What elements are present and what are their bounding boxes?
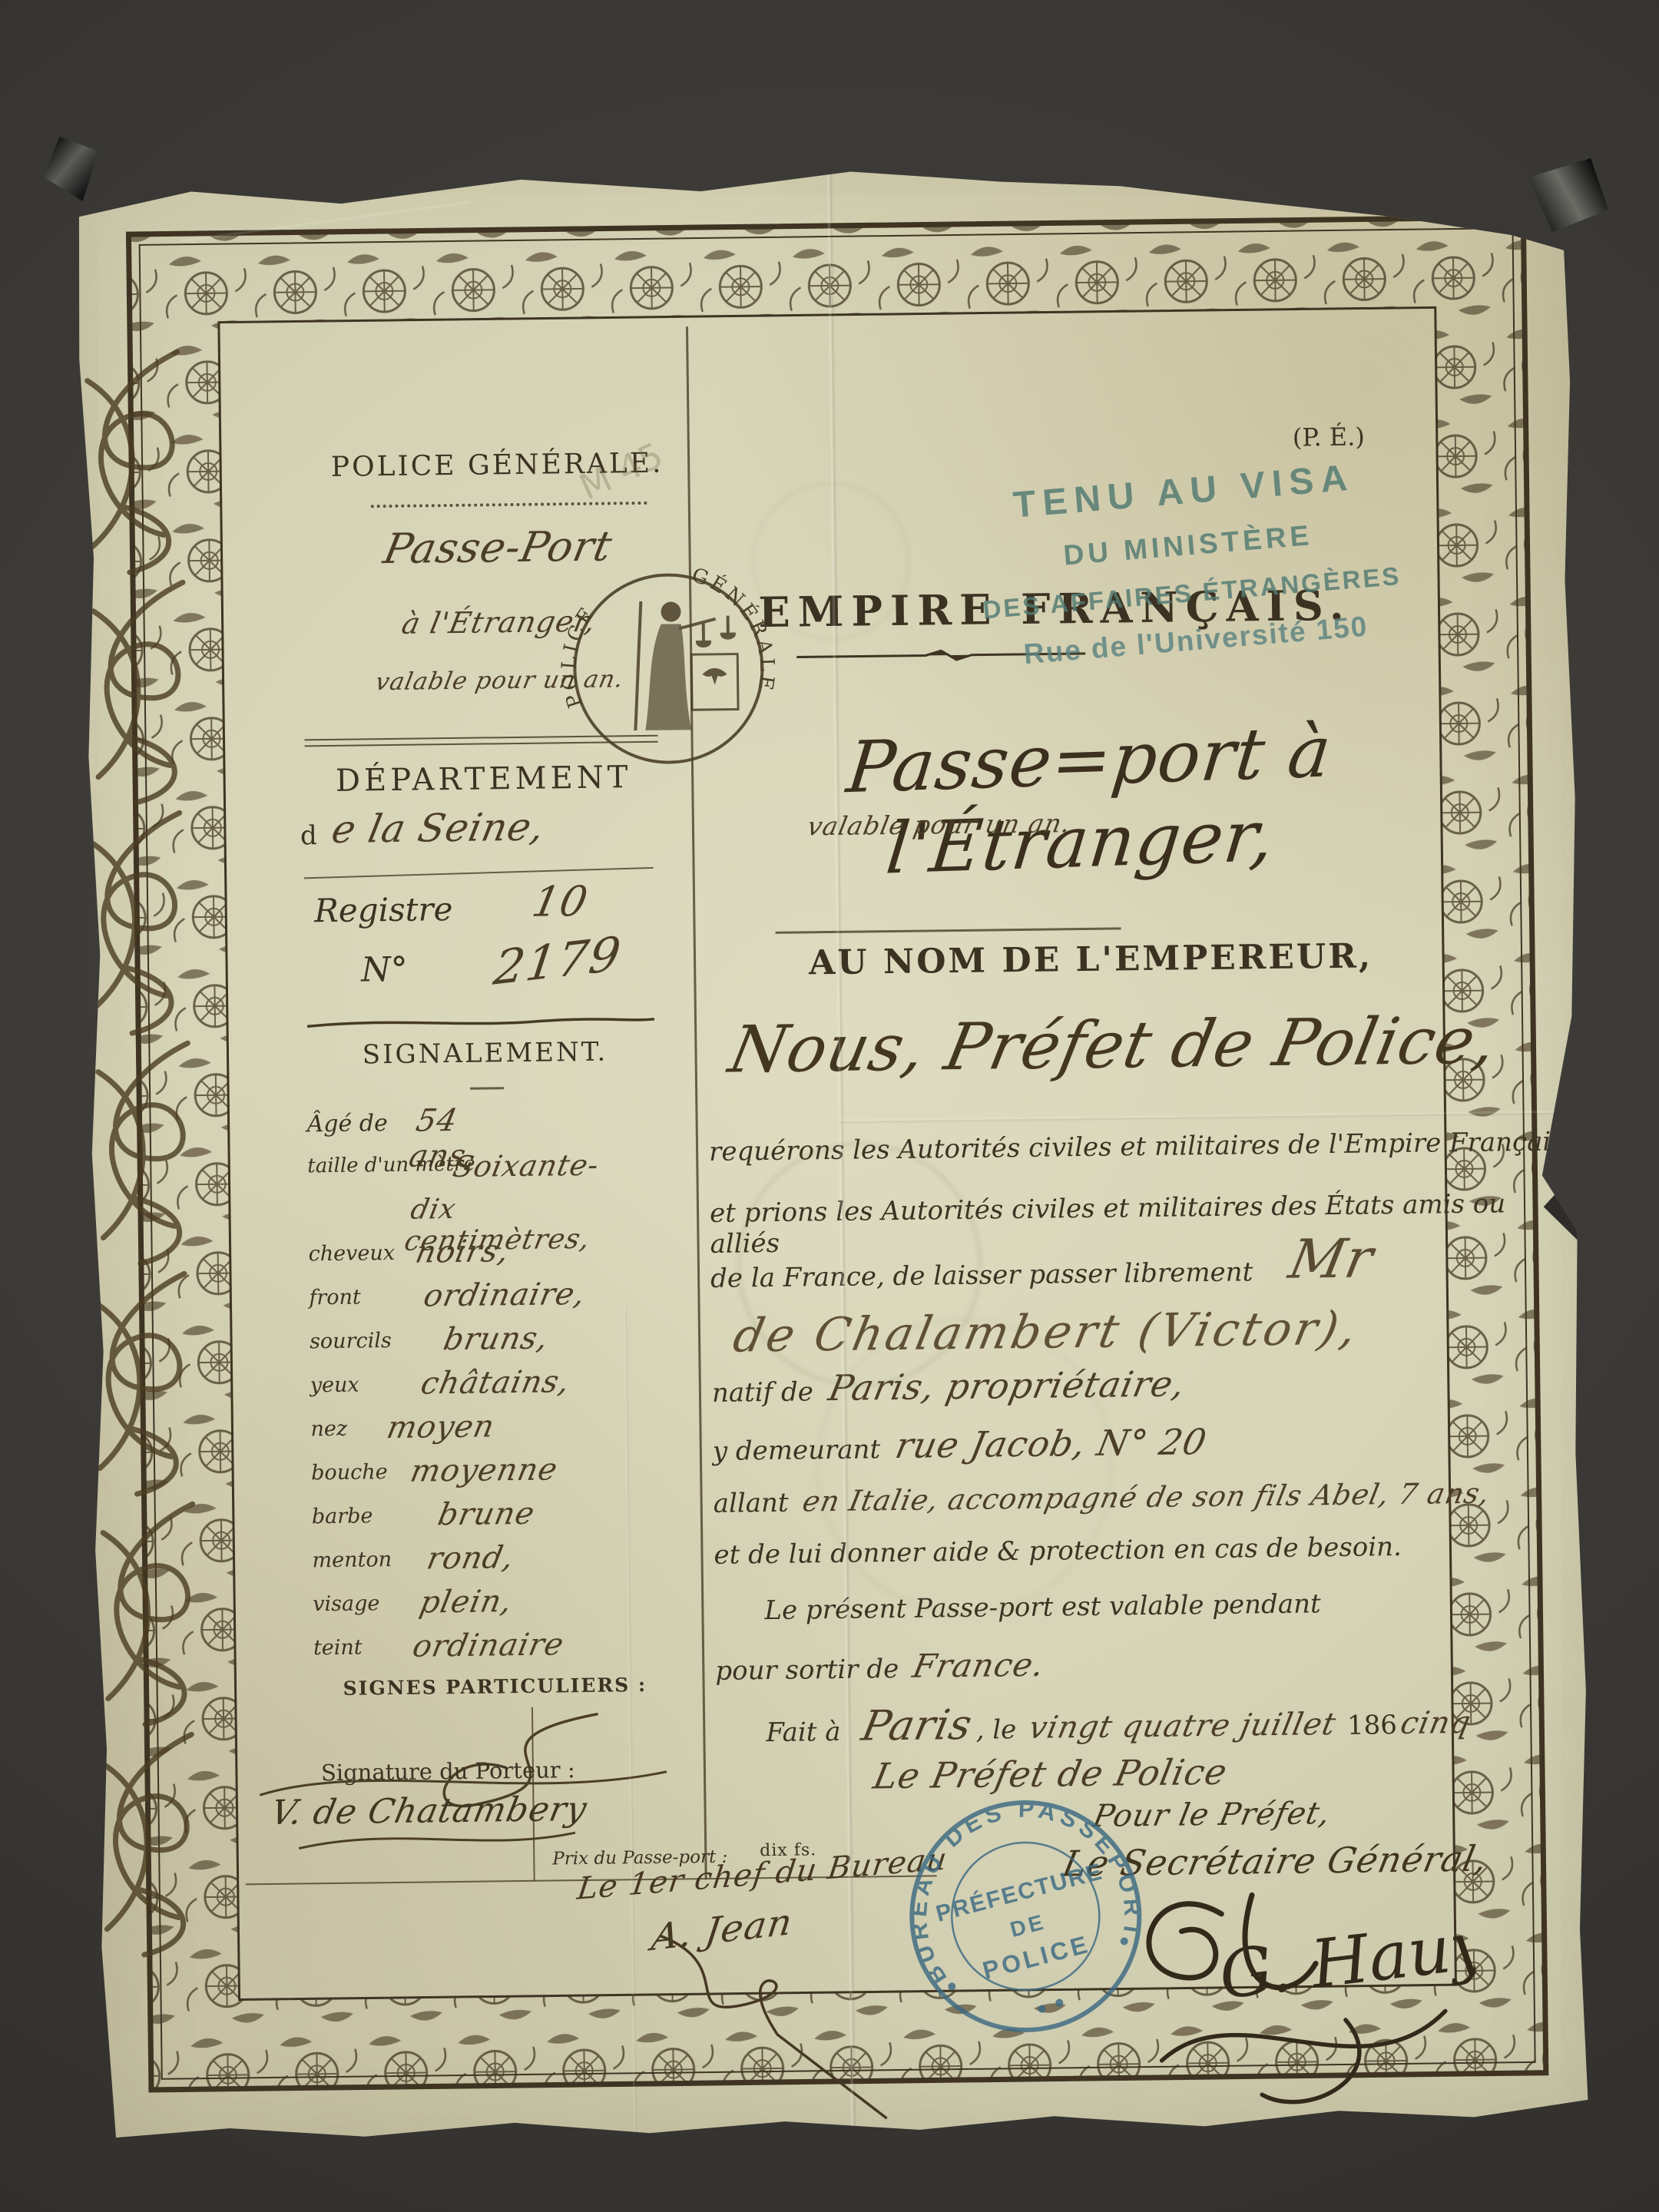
hand-sortir-value: France. xyxy=(909,1646,1048,1685)
nous-prefet-line: Nous, Préfet de Police, xyxy=(724,1002,1504,1087)
field-label: yeux xyxy=(310,1373,359,1398)
holder-name-hand: de Chalambert (Victor), xyxy=(729,1302,1364,1363)
printed-186: 186 xyxy=(1347,1710,1397,1741)
hand-annee: cinq xyxy=(1397,1705,1474,1741)
field-value: ordinaire, xyxy=(421,1277,589,1314)
stamp-center-line3: POLICE xyxy=(979,1930,1093,1985)
visa-stamp: TENU AU VISA DU MINISTÈRE DES AFFAIRES É… xyxy=(952,452,1427,675)
field-label: front xyxy=(309,1286,361,1310)
body-line-2: et prions les Autorités civiles et milit… xyxy=(710,1187,1584,1260)
field-value: bruns, xyxy=(440,1320,551,1357)
field-row: sourcilsbruns, xyxy=(310,1329,392,1353)
field-label: teint xyxy=(313,1636,363,1661)
metal-clip-left xyxy=(43,137,98,201)
field-value: ordinaire xyxy=(409,1627,567,1664)
field-label: menton xyxy=(312,1548,392,1572)
field-label: Âgé de xyxy=(306,1110,388,1137)
passport-document: POLICE GÉNÉRALE. Passe-Port à l'Étranger… xyxy=(71,143,1594,2146)
field-row: cheveuxnoirs, xyxy=(309,1241,396,1266)
field-label: sourcils xyxy=(310,1329,392,1353)
signes-particuliers-label: SIGNES PARTICULIERS : xyxy=(343,1674,647,1700)
field-label: nez xyxy=(310,1417,347,1442)
fait-a-line: Fait à Paris , le vingt quatre juillet 1… xyxy=(766,1694,1471,1751)
numero-label: N° xyxy=(361,950,408,990)
departement-prefix: d xyxy=(300,820,317,851)
au-nom-heading: AU NOM DE L'EMPEREUR, xyxy=(809,936,1373,982)
field-label: cheveux xyxy=(309,1241,396,1266)
signalement-title: SIGNALEMENT. xyxy=(312,1036,657,1071)
signalement-dash xyxy=(470,1087,504,1090)
svg-text:POLICE: POLICE xyxy=(558,601,602,711)
field-value: châtains, xyxy=(418,1364,573,1401)
subtitle-script: valable pour un an. xyxy=(798,808,1081,841)
printed-le: , le xyxy=(975,1714,1016,1746)
stamp-center-line2: DE xyxy=(1008,1909,1048,1942)
field-row: frontordinaire, xyxy=(309,1286,361,1310)
printed-fait-a: Fait à xyxy=(766,1717,841,1748)
field-label: barbe xyxy=(312,1504,373,1528)
medallion-text-police: POLICE xyxy=(558,601,602,711)
field-value: brune xyxy=(435,1496,538,1533)
justice-figure xyxy=(634,600,738,730)
classification-mark: (P. É.) xyxy=(1227,422,1365,452)
field-row: visageplein, xyxy=(313,1591,379,1616)
departement-value: e la Seine, xyxy=(328,804,548,852)
field-row: barbebrune xyxy=(312,1504,373,1528)
photo-stage: POLICE GÉNÉRALE. Passe-Port à l'Étranger… xyxy=(0,0,1659,2212)
registre-value: 10 xyxy=(528,877,592,926)
registre-label: Registre xyxy=(314,890,453,929)
prefecture-round-stamp: BUREAU DES PASSEPORTS PRÉFECTURE DE POLI… xyxy=(897,1788,1154,2045)
field-row: mentonrond, xyxy=(312,1548,392,1572)
field-label: bouche xyxy=(311,1460,388,1485)
field-value: moyenne xyxy=(408,1452,561,1488)
hand-natif-value: Paris, propriétaire, xyxy=(826,1363,1190,1409)
secretaire-signature-text: G. Hauy xyxy=(1215,1906,1477,2014)
field-row: teintordinaire xyxy=(313,1636,363,1661)
chef-signature-flourish xyxy=(630,1909,939,2128)
metal-clip-right xyxy=(1528,158,1608,232)
printed-natif: natif de xyxy=(712,1376,813,1409)
printed-allant: allant xyxy=(713,1488,788,1519)
field-row: nezmoyen xyxy=(310,1417,347,1442)
field-row: yeuxchâtains, xyxy=(310,1373,359,1398)
field-row: taille d'un mètreSoixante- xyxy=(307,1153,475,1178)
body-line-3-hand-M: Mr xyxy=(1284,1227,1379,1291)
body-line-5: natif de Paris, propriétaire, xyxy=(712,1363,1186,1410)
field-label: visage xyxy=(313,1591,379,1616)
hand-demeurant-value: rue Jacob, N° 20 xyxy=(892,1421,1211,1466)
stub-calligraphy xyxy=(73,344,224,2020)
field-row: bouchemoyenne xyxy=(311,1460,388,1485)
field-value: rond, xyxy=(424,1540,518,1576)
field-value: Soixante- xyxy=(450,1148,602,1184)
printed-sortir: pour sortir de xyxy=(715,1654,899,1687)
body-line-6: y demeurant rue Jacob, N° 20 xyxy=(712,1421,1207,1469)
field-label: taille d'un mètre xyxy=(307,1153,475,1178)
printed-demeurant: y demeurant xyxy=(713,1434,881,1467)
body-line-10: pour sortir de France. xyxy=(715,1646,1045,1687)
field-value: plein, xyxy=(417,1584,516,1621)
hand-fait-ville: Paris xyxy=(858,1700,977,1750)
secretaire-signature: G. Hauy xyxy=(1106,1865,1478,2131)
field-value: noirs, xyxy=(412,1233,512,1270)
field-value: moyen xyxy=(384,1409,498,1445)
hand-date: vingt quatre juillet xyxy=(1026,1707,1339,1746)
field-row: Âgé de54 ans, xyxy=(306,1110,388,1137)
main-title-script: Passe=port à l'Étranger, xyxy=(727,707,1442,895)
